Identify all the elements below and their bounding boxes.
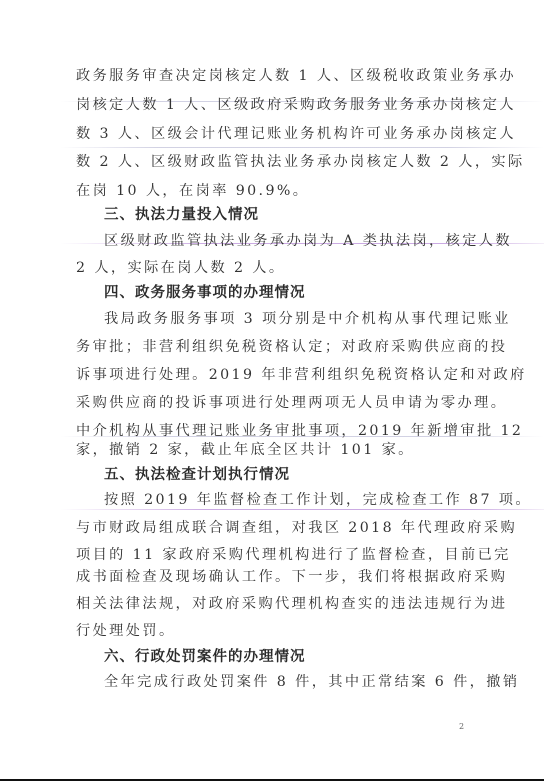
section-heading-3: 三、执法力量投入情况 [104, 205, 259, 225]
body-text-line: 项目的 11 家政府采购代理机构进行了监督检查，目前已完 [76, 545, 468, 565]
body-text-line: 务审批；非营利组织免税资格认定；对政府采购供应商的投 [76, 337, 468, 357]
section-heading-4: 四、政务服务事项的办理情况 [104, 283, 306, 303]
body-text-line: 成书面检查及现场确认工作。下一步，我们将根据政府采购 [76, 567, 468, 587]
body-text-line: 政务服务审查决定岗核定人数 1 人、区级税收政策业务承办 [76, 66, 468, 86]
body-text-line: 家，撤销 2 家，截止年底全区共计 101 家。 [76, 440, 468, 460]
document-page: 政务服务审查决定岗核定人数 1 人、区级税收政策业务承办 岗核定人数 1 人、区… [0, 0, 544, 781]
body-text-line: 中介机构从事代理记账业务审批事项，2019 年新增审批 12 [76, 421, 468, 441]
section-heading-6: 六、行政处罚案件的办理情况 [104, 647, 306, 667]
body-text-line: 全年完成行政处罚案件 8 件，其中正常结案 6 件，撤销 [104, 672, 468, 692]
body-text-line: 2 人，实际在岗人数 2 人。 [76, 258, 468, 278]
body-text-line: 相关法律法规，对政府采购代理机构查实的违法违规行为进 [76, 594, 468, 614]
page-number: 2 [459, 722, 464, 731]
body-text-line: 行处理处罚。 [76, 621, 468, 641]
body-text-line: 与市财政局组成联合调查组，对我区 2018 年代理政府采购 [76, 518, 468, 538]
body-text-line: 按照 2019 年监督检查工作计划，完成检查工作 87 项。 [104, 490, 468, 510]
body-text-line: 在岗 10 人，在岗率 90.9%。 [76, 181, 468, 201]
section-heading-5: 五、执法检查计划执行情况 [104, 465, 290, 485]
scan-artifact-line [60, 147, 544, 148]
body-text-line: 采购供应商的投诉事项进行处理两项无人员申请为零办理。 [76, 393, 468, 413]
body-text-line: 诉事项进行处理。2019 年非营利组织免税资格认定和对政府 [76, 365, 468, 385]
body-text-line: 岗核定人数 1 人、区级政府采购政务服务业务承办岗核定人 [76, 95, 468, 115]
body-text-line: 数 2 人、区级财政监管执法业务承办岗核定人数 2 人，实际 [76, 152, 468, 172]
body-text-line: 我局政务服务事项 3 项分别是中介机构从事代理记账业 [104, 309, 468, 329]
body-text-line: 区级财政监管执法业务承办岗为 A 类执法岗，核定人数 [104, 231, 468, 251]
body-text-line: 数 3 人、区级会计代理记账业务机构许可业务承办岗核定人 [76, 124, 468, 144]
